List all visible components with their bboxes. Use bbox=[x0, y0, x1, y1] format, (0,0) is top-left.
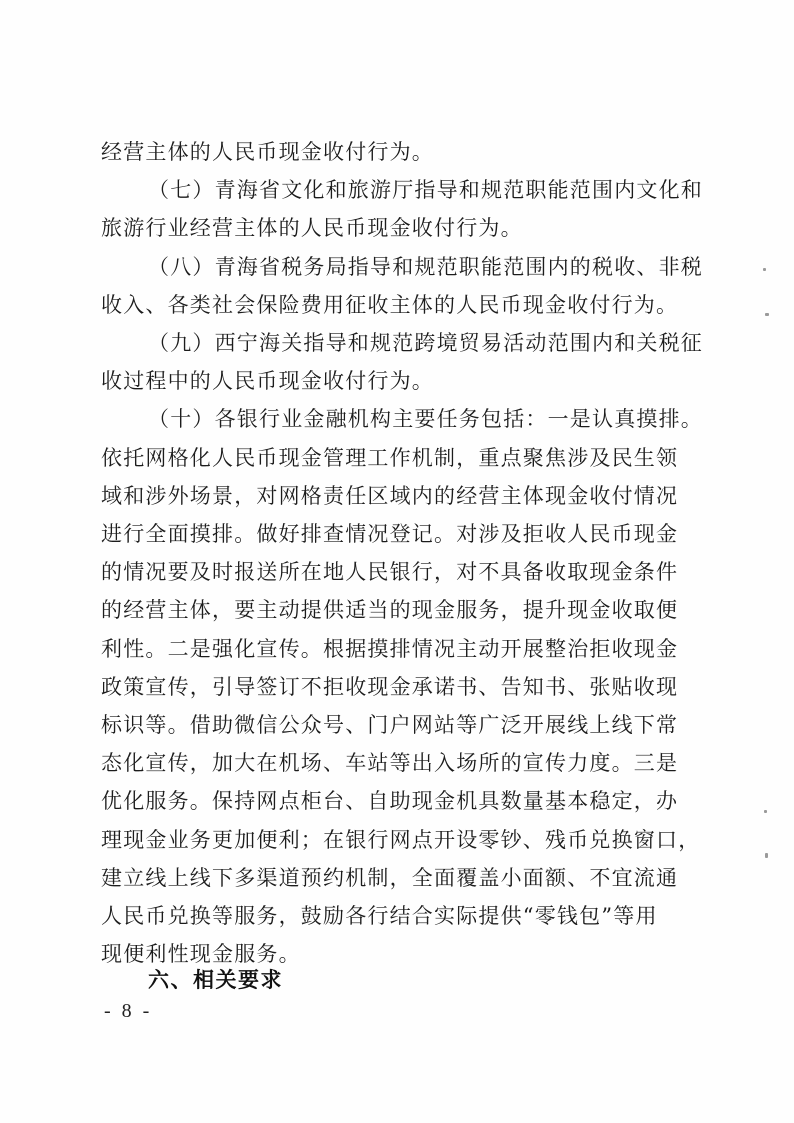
document-page: 经营主体的人民币现金收付行为。 （七）青海省文化和旅游厅指导和规范职能范围内文化… bbox=[0, 0, 794, 1123]
text-line: 经营主体的人民币现金收付行为。 bbox=[101, 140, 434, 164]
text-line: 政策宣传，引导签订不拒收现金承诺书、告知书、张贴收现 bbox=[101, 675, 678, 699]
text-line: 利性。二是强化宣传。根据摸排情况主动开展整治拒收现金 bbox=[101, 637, 678, 661]
text-line: 依托网格化人民币现金管理工作机制，重点聚焦涉及民生领 bbox=[101, 446, 678, 470]
scan-artifact bbox=[765, 853, 768, 858]
text-line: 旅游行业经营主体的人民币现金收付行为。 bbox=[101, 216, 523, 240]
text-line-paragraph-10: （十）各银行业金融机构主要任务包括：一是认真摸排。 bbox=[148, 407, 703, 431]
text-line-paragraph-7: （七）青海省文化和旅游厅指导和规范职能范围内文化和 bbox=[148, 178, 703, 202]
section-heading: 六、相关要求 bbox=[148, 968, 283, 992]
text-line: 人民币兑换等服务，鼓励各行结合实际提供“零钱包”等用 bbox=[101, 904, 658, 928]
text-line: 优化服务。保持网点柜台、自助现金机具数量基本稳定，办 bbox=[101, 789, 678, 813]
text-line: 现便利性现金服务。 bbox=[101, 942, 301, 966]
scan-artifact bbox=[764, 810, 767, 813]
text-line: 收过程中的人民币现金收付行为。 bbox=[101, 369, 434, 393]
text-line: 建立线上线下多渠道预约机制，全面覆盖小面额、不宜流通 bbox=[101, 866, 678, 890]
text-line-paragraph-8: （八）青海省税务局指导和规范职能范围内的税收、非税 bbox=[148, 255, 703, 279]
scan-artifact bbox=[763, 268, 766, 271]
text-line: 的经营主体，要主动提供适当的现金服务，提升现金收取便 bbox=[101, 598, 678, 622]
text-line: 收入、各类社会保险费用征收主体的人民币现金收付行为。 bbox=[101, 293, 678, 317]
scan-artifact bbox=[765, 313, 769, 316]
text-line: 标识等。借助微信公众号、门户网站等广泛开展线上线下常 bbox=[101, 713, 678, 737]
text-line: 理现金业务更加便利；在银行网点开设零钞、残币兑换窗口， bbox=[101, 828, 700, 852]
text-line: 的情况要及时报送所在地人民银行，对不具备收取现金条件 bbox=[101, 560, 678, 584]
text-line-paragraph-9: （九）西宁海关指导和规范跨境贸易活动范围内和关税征 bbox=[148, 331, 703, 355]
text-line: 态化宣传，加大在机场、车站等出入场所的宣传力度。三是 bbox=[101, 751, 678, 775]
text-line: 域和涉外场景，对网格责任区域内的经营主体现金收付情况 bbox=[101, 484, 678, 508]
text-line: 进行全面摸排。做好排查情况登记。对涉及拒收人民币现金 bbox=[101, 522, 678, 546]
page-number: - 8 - bbox=[104, 1000, 152, 1023]
